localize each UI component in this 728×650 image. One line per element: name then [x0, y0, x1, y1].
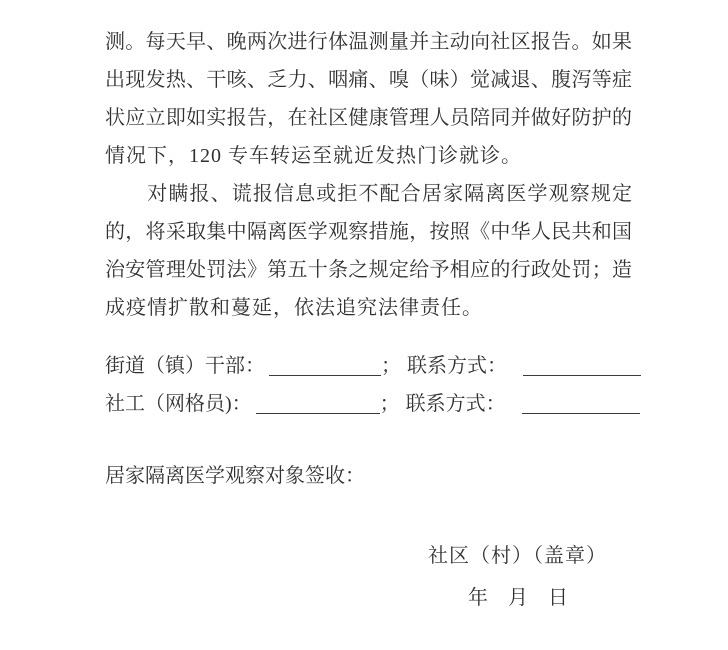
separator-semicolon: ；	[380, 393, 400, 415]
document-page: 测。每天早、晚两次进行体温测量并主动向社区报告。如果 出现发热、干咳、乏力、咽痛…	[0, 0, 728, 650]
body-line: 出现发热、干咳、乏力、咽痛、嗅（味）觉减退、腹泻等症	[105, 61, 632, 99]
community-stamp-line: 社区（村）（盖章）	[428, 537, 607, 575]
body-line: 的，将采取集中隔离医学观察措施，按照《中华人民共和国	[105, 213, 632, 251]
recipient-signature-label: 居家隔离医学观察对象签收：	[105, 457, 365, 495]
social-worker-label: 社工（网格员)：	[105, 393, 252, 415]
body-line: 状应立即如实报告，在社区健康管理人员陪同并做好防护的	[105, 99, 632, 137]
body-line: 治安管理处罚法》第五十条之规定给予相应的行政处罚；造	[105, 251, 632, 289]
contact-method-label: 联系方式：	[407, 355, 507, 377]
street-cadre-contact-blank-line	[523, 353, 641, 376]
street-cadre-label: 街道（镇）干部：	[105, 355, 265, 377]
body-line: 对瞒报、谎报信息或拒不配合居家隔离医学观察规定	[105, 175, 632, 213]
date-line: 年 月 日	[468, 579, 568, 617]
form-row-social-worker: 社工（网格员)：；联系方式：	[105, 385, 645, 423]
social-worker-contact-blank-line	[522, 391, 640, 414]
separator-semicolon: ；	[381, 355, 401, 377]
body-line: 测。每天早、晚两次进行体温测量并主动向社区报告。如果	[105, 23, 632, 61]
street-cadre-name-blank-line	[269, 353, 381, 376]
document-body: 测。每天早、晚两次进行体温测量并主动向社区报告。如果 出现发热、干咳、乏力、咽痛…	[105, 23, 632, 327]
form-row-street-cadre: 街道（镇）干部：；联系方式：	[105, 347, 645, 385]
body-line: 情况下，120 专车转运至就近发热门诊就诊。	[105, 137, 632, 175]
contact-form-rows: 街道（镇）干部：；联系方式： 社工（网格员)：；联系方式：	[105, 347, 645, 423]
body-line: 成疫情扩散和蔓延，依法追究法律责任。	[105, 289, 632, 327]
contact-method-label: 联系方式：	[406, 393, 506, 415]
social-worker-name-blank-line	[256, 391, 380, 414]
